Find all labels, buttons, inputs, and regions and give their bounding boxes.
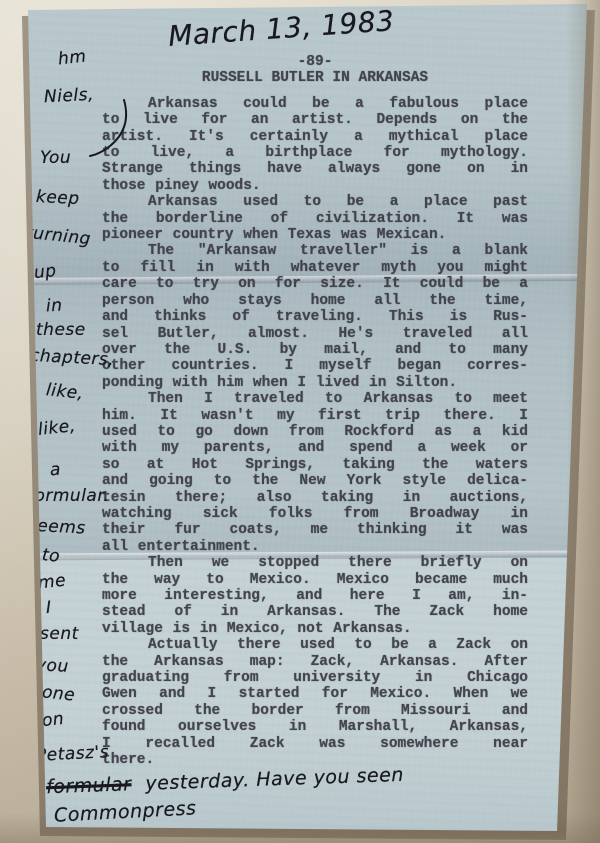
typed-line: watching sick folks from Broadway in — [102, 506, 528, 522]
margin-note-word: to — [41, 545, 61, 567]
typed-line: other countries. I myself began corres- — [102, 358, 528, 374]
pen-flourish-stroke — [86, 98, 132, 160]
typed-paragraph: Then I traveled to Arkansas to meethim. … — [102, 391, 528, 555]
typed-line: and thinks of traveling. This is Rus- — [102, 309, 528, 325]
typed-letter: -89- RUSSELL BUTLER IN ARKANSAS Arkansas… — [102, 54, 528, 768]
typed-line: the way to Mexico. Mexico became much — [102, 572, 528, 588]
photo-background: March 13, 1983 -89- RUSSELL BUTLER IN AR… — [0, 0, 600, 843]
margin-note-word: like, — [37, 416, 77, 440]
typed-body: Arkansas could be a fabulous placeto liv… — [102, 96, 528, 769]
typed-line: Actually there used to be a Zack on — [102, 637, 528, 653]
typed-line: all entertainment. — [102, 539, 528, 555]
typed-line: I recalled Zack was somewhere near — [102, 736, 528, 752]
typed-line: artist. It's certainly a mythical place — [102, 129, 528, 145]
typed-line: Arkansas used to be a place past — [102, 194, 528, 210]
margin-note-word: on — [41, 709, 65, 731]
margin-note-word: up — [33, 261, 58, 283]
typed-line: him. It wasn't my first trip there. I — [102, 408, 528, 424]
typed-paragraph: Then we stopped there briefly onthe way … — [102, 555, 528, 637]
letter-title: RUSSELL BUTLER IN ARKANSAS — [102, 70, 528, 86]
typed-line: so at Hot Springs, taking the waters — [102, 457, 528, 473]
margin-note-word: You — [40, 148, 71, 168]
typed-line: the borderline of civilization. It was — [102, 211, 528, 227]
typed-line: crossed the border from Missouri and — [102, 703, 528, 719]
typed-line: with my parents, and spend a week or — [102, 440, 528, 456]
typed-line: Arkansas could be a fabulous place — [102, 96, 528, 112]
typed-line: sel Butler, almost. He's traveled all — [102, 326, 528, 342]
margin-note-word: like, — [45, 380, 85, 404]
margin-note-word: sent — [40, 624, 79, 644]
typed-line: Gwen and I started for Mexico. When we — [102, 686, 528, 702]
typed-line: ponding with him when I lived in Silton. — [102, 375, 528, 391]
typed-line: over the U.S. by mail, and to many — [102, 342, 528, 358]
typed-line: Then we stopped there briefly on — [102, 555, 528, 571]
typed-line: their fur coats, me thinking it was — [102, 522, 528, 538]
margin-note-word: hm — [57, 47, 87, 70]
typed-line: those piney woods. — [102, 178, 528, 194]
typed-line: to fill in with whatever myth you might — [102, 260, 528, 276]
typed-line: the Arkansas map: Zack, Arkansas. After — [102, 654, 528, 670]
typed-paragraph: Arkansas used to be a place pastthe bord… — [102, 194, 528, 243]
margin-note-word: one — [41, 682, 76, 705]
typed-paragraph: The "Arkansaw traveller" is a blankto fi… — [102, 243, 528, 391]
margin-note-word: Petasz's — [36, 742, 110, 766]
typed-line: and going to the New York style delica- — [102, 473, 528, 489]
page-number: -89- — [102, 54, 528, 70]
margin-note-word: keep — [36, 187, 81, 209]
typed-line: village is in Mexico, not Arkansas. — [102, 621, 528, 637]
typed-line: Then I traveled to Arkansas to meet — [102, 391, 528, 407]
margin-note-word: these — [36, 320, 86, 340]
margin-note-word: I — [45, 598, 52, 618]
typed-line: used to go down from Rockford as a kid — [102, 424, 528, 440]
typed-line: pioneer country when Texas was Mexican. — [102, 227, 528, 243]
typed-paragraph: Actually there used to be a Zack onthe A… — [102, 637, 528, 768]
typed-paragraph: Arkansas could be a fabulous placeto liv… — [102, 96, 528, 194]
letter-paper: March 13, 1983 -89- RUSSELL BUTLER IN AR… — [0, 0, 600, 843]
typed-line: graduating from university in Chicago — [102, 670, 528, 686]
margin-note-word: me — [37, 571, 67, 594]
typed-line: to live for an artist. Depends on the — [102, 112, 528, 128]
typed-line: Strange things have always gone on in — [102, 161, 528, 177]
margin-note-word: formular. — [28, 486, 109, 506]
typed-line: person who stays home all the time, — [102, 293, 528, 309]
typed-line: more interesting, and here I am, in- — [102, 588, 528, 604]
typed-line: found ourselves in Marshall, Arkansas, — [102, 719, 528, 735]
typed-line: stead of in Arkansas. The Zack home — [102, 604, 528, 620]
margin-note-word: in — [45, 296, 63, 317]
typed-line: care to try on for size. It could be a — [102, 276, 528, 292]
struck-out-word: formular — [46, 773, 132, 798]
typed-line: The "Arkansaw traveller" is a blank — [102, 243, 528, 259]
margin-note-word: a — [49, 460, 61, 481]
typed-line: to live, a birthplace for mythology. — [102, 145, 528, 161]
typed-line: tesin there; also taking in auctions, — [102, 490, 528, 506]
